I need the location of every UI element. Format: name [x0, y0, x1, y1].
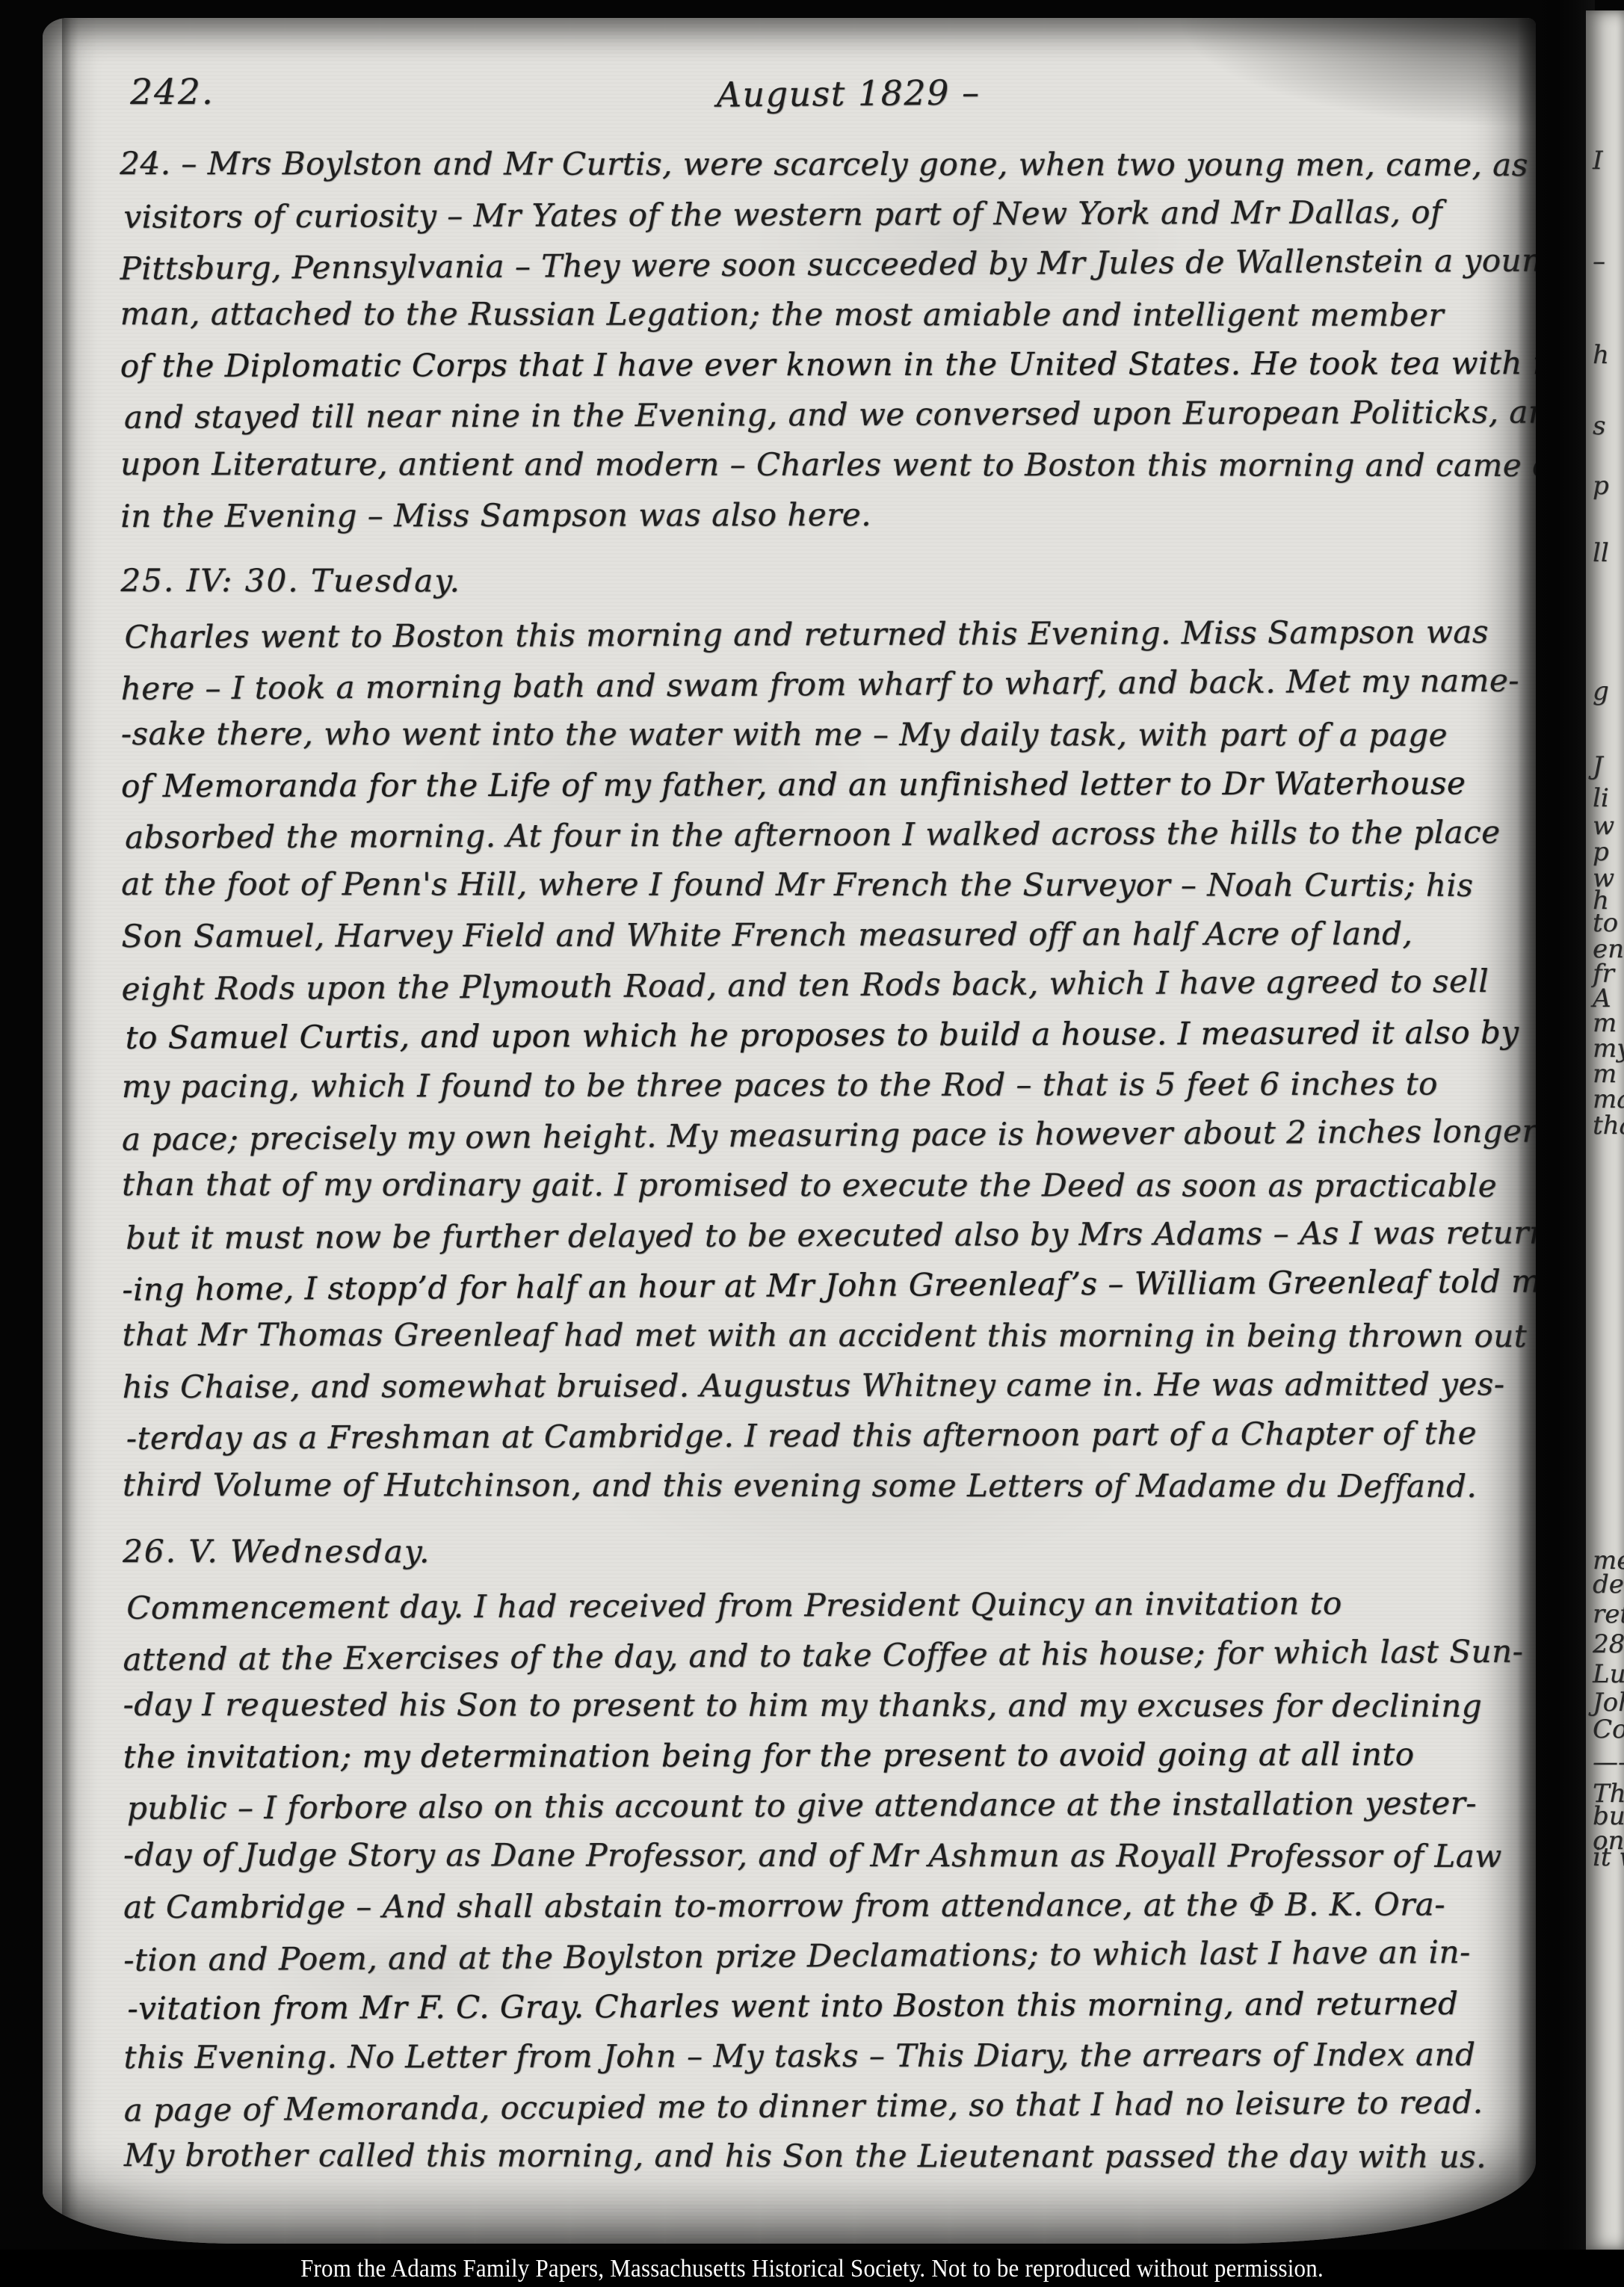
handwritten-line: 24. – Mrs Boylston and Mr Curtis, were s… [120, 138, 1536, 190]
handwritten-line: absorbed the morning. At four in the aft… [125, 806, 1536, 862]
handwritten-line: eight Rods upon the Plymouth Road, and t… [121, 955, 1536, 1014]
page-header: 242. August 1829 – [120, 69, 1536, 141]
handwritten-line: but it must now be further delayed to be… [126, 1207, 1536, 1262]
handwritten-line: -ing home, I stopp’d for half an hour at… [122, 1256, 1536, 1315]
page-fragment: ret [1593, 1599, 1624, 1629]
next-page-sliver: I–hspllgJliwpwhtoenfrAmmymmathamedelret2… [1586, 10, 1624, 2250]
page-fragment: h [1593, 340, 1609, 370]
page-fragment: 28. [1593, 1629, 1624, 1659]
entry-day-heading: 26. V. Wednesday. [123, 1526, 1536, 1578]
handwritten-line: -day I requested his Son to present to h… [123, 1679, 1536, 1731]
page-number: 242. [130, 72, 214, 113]
handwritten-line: a pace; precisely my own height. My meas… [122, 1105, 1536, 1164]
handwritten-line: Charles went to Boston this morning and … [125, 606, 1536, 661]
handwritten-line: third Volume of Hutchinson, and this eve… [123, 1460, 1536, 1511]
handwritten-line: -tion and Poem, and at the Boylston priz… [123, 1926, 1536, 1985]
page-fragment: s [1593, 411, 1605, 441]
page-fragment: Col [1593, 1715, 1624, 1744]
handwritten-line: My brother called this morning, and his … [124, 2130, 1536, 2182]
manuscript-entries: 24. – Mrs Boylston and Mr Curtis, were s… [120, 138, 1536, 2182]
handwritten-line: than that of my ordinary gait. I promise… [122, 1159, 1536, 1211]
handwritten-line: at Cambridge – And shall abstain to-morr… [123, 1879, 1536, 1932]
manuscript: 242. August 1829 – 24. – Mrs Boylston an… [120, 69, 1536, 2182]
page-fragment: g [1593, 676, 1609, 706]
scanned-photo-frame: 242. August 1829 – 24. – Mrs Boylston an… [0, 0, 1624, 2287]
page-fragment: li [1593, 783, 1609, 813]
handwritten-line: of Memoranda for the Life of my father, … [121, 758, 1536, 811]
handwritten-line: in the Evening – Miss Sampson was also h… [120, 488, 1536, 541]
handwritten-line: that Mr Thomas Greenleaf had met with an… [123, 1309, 1536, 1361]
handwritten-line: this Evening. No Letter from John – My t… [124, 2029, 1536, 2082]
handwritten-line: of the Diplomatic Corps that I have ever… [120, 338, 1536, 391]
handwritten-line: at the foot of Penn's Hill, where I foun… [121, 859, 1536, 910]
page-fragment: del [1593, 1570, 1624, 1599]
page-fragment: w [1593, 811, 1614, 841]
page-fragment: ma [1593, 1084, 1624, 1114]
handwritten-line: public – I forbore also on this account … [127, 1777, 1536, 1833]
handwritten-line: attend at the Exercises of the day, and … [123, 1626, 1536, 1685]
handwritten-line: -day of Judge Story as Dane Professor, a… [123, 1830, 1536, 1881]
handwritten-line: here – I took a morning bath and swam fr… [121, 655, 1536, 714]
diary-entry: 24. – Mrs Boylston and Mr Curtis, were s… [120, 138, 1536, 541]
page-fragment: J [1593, 751, 1603, 781]
page-fragment: to [1593, 908, 1618, 938]
handwritten-line: -terday as a Freshman at Cambridge. I re… [126, 1407, 1536, 1463]
handwritten-line: Pittsburg, Pennsylvania – They were soon… [120, 235, 1536, 294]
diary-entry: 26. V. Wednesday.Commencement day. I had… [123, 1525, 1536, 2182]
handwritten-line: my pacing, which I found to be three pac… [122, 1058, 1536, 1111]
page-fragment: p [1593, 471, 1609, 501]
page-fragment: – [1593, 247, 1605, 277]
handwritten-line: upon Literature, antient and modern – Ch… [120, 439, 1536, 490]
diary-entry: 25. IV: 30. Tuesday.Charles went to Bost… [120, 555, 1536, 1512]
page-fragment: it w [1593, 1842, 1624, 1872]
book-gutter [1517, 0, 1595, 2251]
page-fragment: Joh [1593, 1688, 1624, 1717]
page-fragment: —— [1593, 1747, 1624, 1777]
page-fragment: tha [1593, 1111, 1624, 1141]
caption-text: From the Adams Family Papers, Massachuse… [300, 2254, 1324, 2283]
handwritten-line: a page of Memoranda, occupied me to dinn… [124, 2076, 1536, 2135]
handwritten-line: visitors of curiosity – Mr Yates of the … [123, 186, 1536, 241]
handwritten-line: Commencement day. I had received from Pr… [126, 1577, 1536, 1632]
caption-bar: From the Adams Family Papers, Massachuse… [0, 2250, 1624, 2287]
handwritten-line: man, attached to the Russian Legation; t… [120, 288, 1536, 340]
page-left-edge-shadow [62, 18, 78, 2244]
handwritten-line: -vitation from Mr F. C. Gray. Charles we… [127, 1978, 1536, 2033]
page-fragment: ll [1593, 538, 1609, 568]
diary-page: 242. August 1829 – 24. – Mrs Boylston an… [43, 18, 1536, 2244]
month-heading: August 1829 – [716, 72, 980, 114]
page-fragment: p [1593, 837, 1609, 867]
handwritten-line: and stayed till near nine in the Evening… [124, 386, 1536, 442]
handwritten-line: the invitation; my determination being f… [123, 1729, 1536, 1782]
handwritten-line: Son Samuel, Harvey Field and White Frenc… [121, 908, 1536, 961]
handwritten-line: to Samuel Curtis, and upon which he prop… [126, 1007, 1536, 1062]
page-fragment: Lu [1593, 1659, 1624, 1689]
entry-day-heading: 25. IV: 30. Tuesday. [120, 555, 1536, 607]
handwritten-line: his Chaise, and somewhat bruised. August… [123, 1359, 1536, 1412]
handwritten-line: -sake there, who went into the water wit… [121, 709, 1536, 760]
page-fragment: I [1593, 146, 1602, 176]
